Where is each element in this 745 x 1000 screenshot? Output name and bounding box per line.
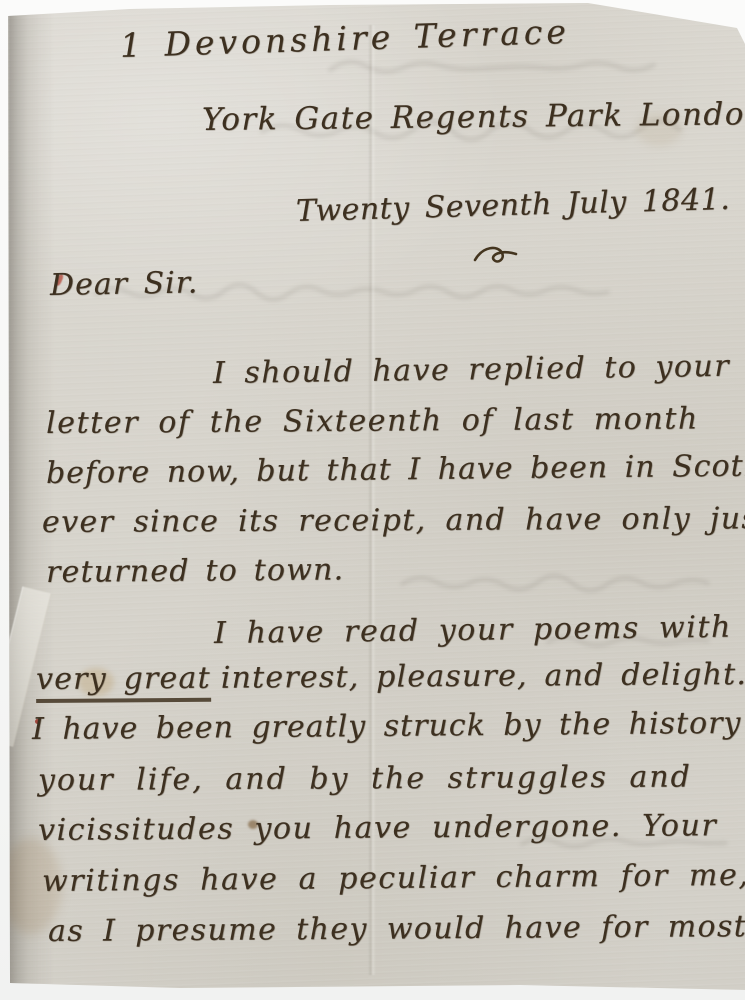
body-line-p2-4: your life, and by the struggles and <box>38 760 692 798</box>
body-line-p1-4: ever since its receipt, and have only ju… <box>42 501 745 540</box>
body-line-p1-5: returned to town. <box>46 552 345 590</box>
body-line-p2-5: vicissitudes you have undergone. Your <box>38 808 718 848</box>
body-line-p1-2: letter of the Sixteenth of last month <box>46 401 699 441</box>
body-line-p2-6: writings have a peculiar charm for me, <box>42 858 745 899</box>
letter-page: 1 Devonshire Terrace York Gate Regents P… <box>0 0 745 1000</box>
ink-flourish-icon <box>472 243 520 271</box>
salutation: Dear Sir. <box>50 265 199 303</box>
photo-background: 1 Devonshire Terrace York Gate Regents P… <box>0 0 745 1000</box>
body-line-p1-3: before now, but that I have been in Scot… <box>46 448 745 491</box>
underlined-phrase: very great <box>36 661 211 703</box>
body-line-p2-2: very greatinterest, pleasure, and deligh… <box>36 657 745 697</box>
body-line-p2-7: as I presume they would have for most <box>48 909 745 949</box>
body-line-p2-1: I have read your poems with <box>214 610 732 651</box>
address-line-2: York Gate Regents Park London. <box>202 96 745 138</box>
body-line-p2-2-rest: interest, pleasure, and delight. <box>221 657 745 696</box>
body-line-p1-1: I should have replied to your <box>213 349 731 391</box>
body-line-p2-3: I have been greatly struck by the histor… <box>32 705 745 747</box>
